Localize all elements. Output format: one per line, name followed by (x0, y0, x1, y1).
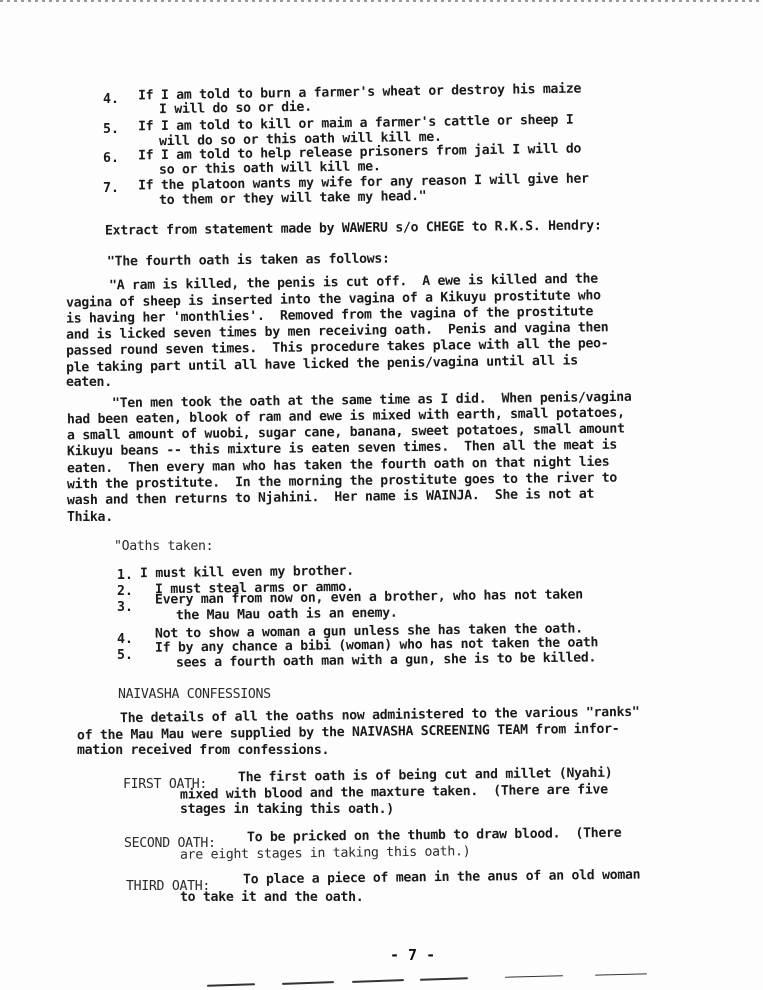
page-number: - 7 - (390, 946, 435, 964)
oath-line: mixed with blood and the maxture taken. … (180, 783, 608, 802)
list-number: 3. (117, 600, 133, 615)
document-page: 4. If I am told to burn a farmer's wheat… (0, 0, 763, 990)
list-number: 4. (117, 632, 133, 647)
list-number: 5. (103, 122, 119, 137)
paragraph-line: eaten. (66, 376, 112, 390)
paragraph-line: mation received from confessions. (77, 744, 329, 758)
oath-line: to take it and the oath. (180, 891, 363, 905)
list-number: 4. (103, 92, 119, 107)
oath-line: are eight stages in taking this oath.) (180, 845, 470, 863)
scan-line (207, 983, 255, 987)
naivasha-heading: NAIVASHA CONFESSIONS (118, 688, 271, 702)
extract-heading: Extract from statement made by WAWERU s/… (105, 219, 602, 238)
list-line: Every man from now on, even a brother, w… (155, 588, 583, 607)
list-line: sees a fourth oath man with a gun, she i… (176, 651, 596, 670)
list-number: 7. (103, 181, 119, 196)
scan-line (282, 981, 334, 985)
scan-line (352, 979, 404, 983)
oath-line: stages in taking this oath.) (180, 803, 394, 817)
list-number: 5. (117, 648, 133, 663)
oath-line: To be pricked on the thumb to draw blood… (247, 827, 621, 846)
paragraph-line: Thika. (67, 511, 113, 525)
list-number: 6. (103, 151, 119, 166)
oaths-taken-heading: "Oaths taken: (114, 540, 213, 554)
list-line: I must kill even my brother. (140, 565, 354, 582)
paragraph-line: of the Mau Mau were supplied by the NAIV… (77, 723, 620, 744)
list-line: I will do so or die. (159, 101, 312, 117)
scan-line (505, 975, 563, 978)
list-line: the Mau Mau oath is an enemy. (176, 607, 398, 624)
scan-line (420, 977, 468, 981)
list-number: 1. (117, 568, 133, 583)
scan-line (595, 973, 647, 975)
oath-line: To place a piece of mean in the anus of … (243, 869, 640, 888)
list-number: 2. (117, 584, 133, 599)
list-line: to them or they will take my head." (159, 190, 427, 208)
top-perforation-border (0, 0, 763, 2)
fourth-oath-intro: "The fourth oath is taken as follows: (107, 253, 390, 270)
list-line: If I am told to burn a farmer's wheat or… (138, 83, 581, 104)
